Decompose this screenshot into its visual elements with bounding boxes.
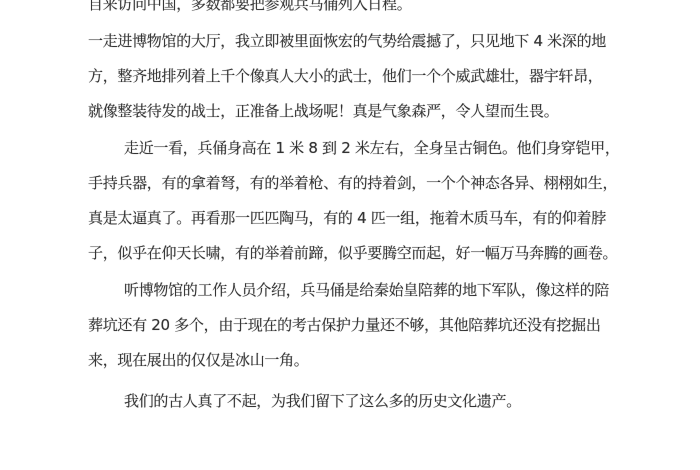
text-line: 走近一看，兵俑身高在 1 米 8 到 2 米左右，全身呈古铜色。他们身穿铠甲， [88, 131, 648, 166]
text-line: 手持兵器，有的拿着弩，有的举着枪、有的持着剑，一个个神态各异、栩栩如生， [88, 166, 648, 201]
text-line: 葬坑还有 20 多个，由于现在的考古保护力量还不够，其他陪葬坑还没有挖掘出 [88, 308, 648, 343]
paragraph: 一走进博物馆的大厅，我立即被里面恢宏的气势给震撼了，只见地下 4 米深的地方，整… [88, 24, 648, 129]
text-line: 我们的古人真了不起，为我们留下了这么多的历史文化遗产。 [88, 384, 648, 419]
paragraph: 自来访问中国，多数都要把参观兵马俑列入日程。 [88, 0, 648, 22]
text-line: 真是太逼真了。再看那一匹匹陶马，有的 4 匹一组，拖着木质马车，有的仰着脖 [88, 201, 648, 236]
document-body: 自来访问中国，多数都要把参观兵马俑列入日程。一走进博物馆的大厅，我立即被里面恢宏… [88, 0, 648, 419]
text-line: 自来访问中国，多数都要把参观兵马俑列入日程。 [88, 0, 648, 22]
paragraph: 走近一看，兵俑身高在 1 米 8 到 2 米左右，全身呈古铜色。他们身穿铠甲，手… [88, 131, 648, 271]
paragraph: 我们的古人真了不起，为我们留下了这么多的历史文化遗产。 [88, 384, 648, 419]
paragraph: 听博物馆的工作人员介绍，兵马俑是给秦始皇陪葬的地下军队，像这样的陪葬坑还有 20… [88, 273, 648, 378]
text-line: 就像整装待发的战士，正准备上战场呢！真是气象森严，令人望而生畏。 [88, 94, 648, 129]
text-line: 方，整齐地排列着上千个像真人大小的武士，他们一个个威武雄壮，器宇轩昂， [88, 59, 648, 94]
text-line: 听博物馆的工作人员介绍，兵马俑是给秦始皇陪葬的地下军队，像这样的陪 [88, 273, 648, 308]
document-page: 自来访问中国，多数都要把参观兵马俑列入日程。一走进博物馆的大厅，我立即被里面恢宏… [0, 0, 700, 470]
text-line: 来，现在展出的仅仅是冰山一角。 [88, 343, 648, 378]
text-line: 子，似乎在仰天长啸，有的举着前蹄，似乎要腾空而起，好一幅万马奔腾的画卷。 [88, 236, 648, 271]
text-line: 一走进博物馆的大厅，我立即被里面恢宏的气势给震撼了，只见地下 4 米深的地 [88, 24, 648, 59]
